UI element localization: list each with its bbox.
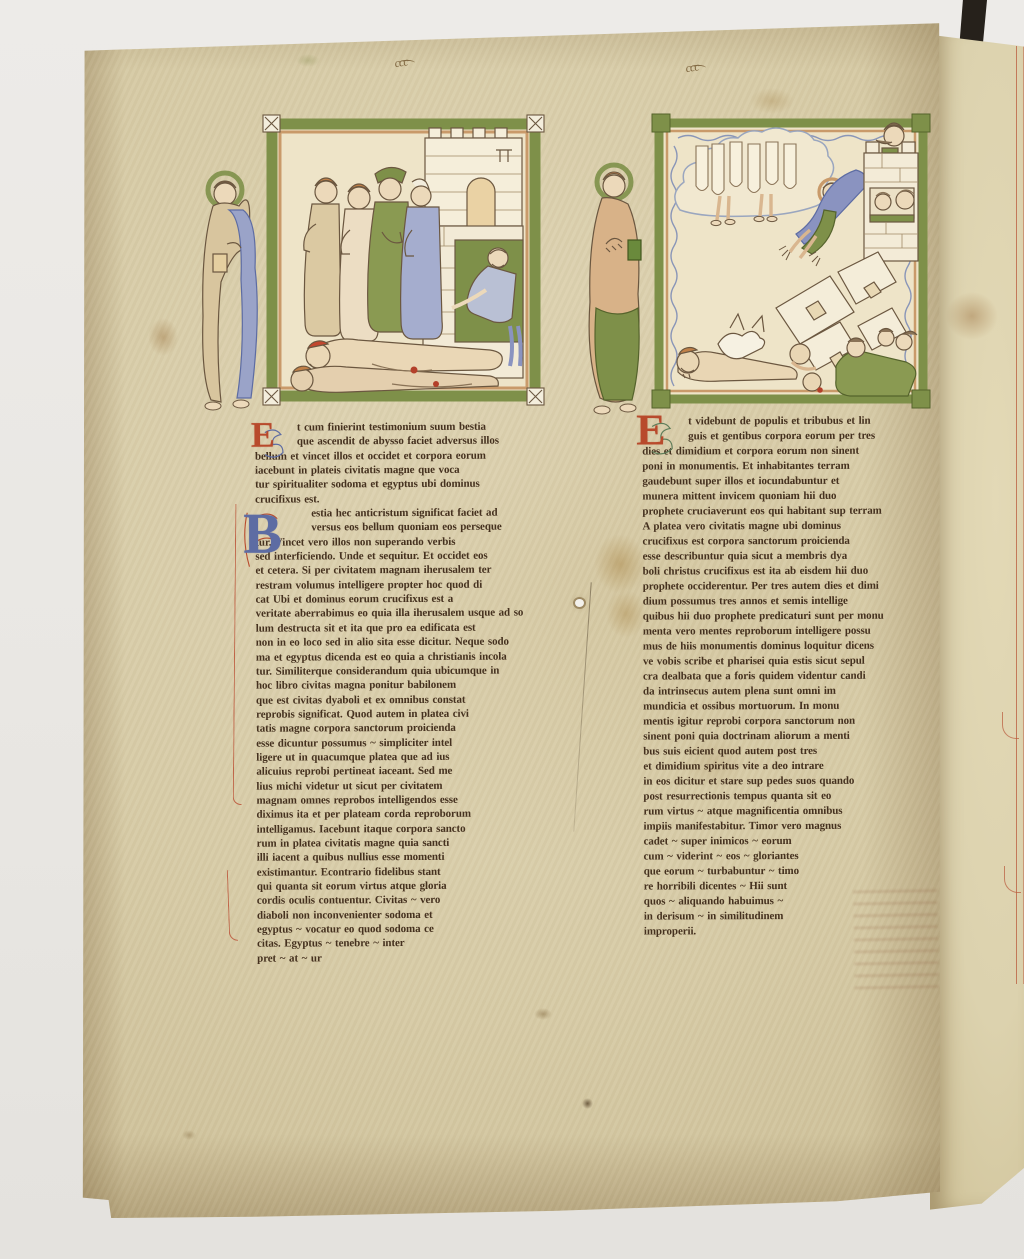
text-line: que ascendit de abysso faciet adversus i… bbox=[255, 434, 567, 450]
text-line: egyptus ~ vocatur eo quod sodoma ce bbox=[257, 921, 569, 937]
text-line: rum virtus ~ atque magnificentia omnibus bbox=[643, 803, 945, 819]
text-line: et dimidium spiritus vite a deo intrare bbox=[643, 758, 945, 774]
ruling-flourish bbox=[1004, 866, 1021, 893]
miniature-right-illustration bbox=[650, 112, 932, 410]
text-line: menta vero mentes reproborum intelligere… bbox=[643, 623, 945, 639]
text-line: ma et egyptus dicenda est eo quia a chri… bbox=[256, 649, 568, 665]
text-line: cordis oculis contuentur. Civitas ~ vero bbox=[257, 893, 569, 909]
stain bbox=[582, 1098, 593, 1109]
text-line: existimantur. Econtrario fidelibus stant bbox=[257, 864, 569, 880]
text-line: lum destructa sit et ita que pro ea edif… bbox=[256, 620, 568, 636]
paragraph: B estia hec anticristum significat facie… bbox=[255, 505, 569, 965]
text-line: citas. Egyptus ~ tenebre ~ inter bbox=[257, 936, 569, 952]
paragraph: E t cum finierint testimonium suum besti… bbox=[255, 419, 567, 506]
text-line: cat Ubi et dominus eorum crucifixus est … bbox=[256, 591, 568, 607]
text-line: mundicia et ossibus mortuorum. In monu bbox=[643, 698, 945, 714]
text-line: rum in platea civitatis magne quia sanct… bbox=[257, 835, 569, 851]
text-line: non in eo loco sed in alio sita esse dic… bbox=[256, 634, 568, 650]
text-line: bus suis eicient quod autem post tres bbox=[643, 743, 945, 759]
text-line: dium possumus tres annos et semis intell… bbox=[643, 593, 945, 609]
quire-mark-right: ccc bbox=[685, 59, 704, 82]
text-line: mentis igitur reprobi corpora sanctorum … bbox=[643, 713, 945, 729]
stain bbox=[750, 88, 794, 114]
text-line: reprobis significat. Quod autem in plate… bbox=[256, 706, 568, 722]
text-line: post resurrectionis tempus quanta sit eo bbox=[643, 788, 945, 804]
manuscript-page: ccc ccc bbox=[82, 22, 940, 1218]
text-line: prophete occiderentur. Per tres autem di… bbox=[643, 578, 945, 594]
text-line: in eos dicitur et stare sup pedes suos q… bbox=[643, 773, 945, 789]
text-line: t videbunt de populis et tribubus et lin bbox=[642, 413, 944, 429]
text-line: ve vobis scribe et pharisei quia estis s… bbox=[643, 653, 945, 669]
text-line: tur. Similiterque considerandum quia ubi… bbox=[256, 663, 568, 679]
manuscript-photo: ccc ccc bbox=[0, 0, 1024, 1259]
paragraph-lines: t videbunt de populis et tribubus et lin… bbox=[642, 413, 946, 939]
stain bbox=[534, 1008, 552, 1020]
text-line: diximus ita et per plateam corda reprobo… bbox=[257, 807, 569, 823]
ruling-flourish bbox=[1002, 712, 1019, 739]
text-line: diaboli non inconvenienter sodoma et bbox=[257, 907, 569, 923]
paragraph-lines: estia hec anticristum significat faciet … bbox=[255, 505, 569, 965]
text-line: lius michi videtur ut sicut per civitate… bbox=[256, 778, 568, 794]
text-line: munera mittent invicem quoniam hii duo bbox=[642, 488, 944, 504]
text-line: cra dealbata que a foris quidem videntur… bbox=[643, 668, 945, 684]
text-column-left: E t cum finierint testimonium suum besti… bbox=[255, 419, 569, 965]
text-line: crucifixus est corpora sanctorum proicie… bbox=[643, 533, 945, 549]
stain bbox=[606, 590, 646, 638]
text-line: guis et gentibus corpora eorum per tres bbox=[642, 428, 944, 444]
stain bbox=[946, 292, 998, 340]
text-line: qui quanta sit eorum virtus atque gloria bbox=[257, 878, 569, 894]
initial-B-blue: B bbox=[243, 505, 282, 563]
paragraph-lines: t cum finierint testimonium suum bestiaq… bbox=[255, 419, 567, 506]
text-line: mus de hiis monumentis dominus loquitur … bbox=[643, 638, 945, 654]
text-line: iacebunt in plateis civitatis magne que … bbox=[255, 462, 567, 478]
text-line: versus eos bellum quoniam eos perseque bbox=[255, 520, 567, 536]
text-line: restram volumus intelligere propter hoc … bbox=[256, 577, 568, 593]
stain bbox=[182, 1130, 196, 1140]
initial-E-red: E bbox=[636, 408, 665, 452]
text-line: cum ~ viderint ~ eos ~ gloriantes bbox=[644, 848, 946, 864]
text-line: dies et dimidium et corpora eorum non si… bbox=[642, 443, 944, 459]
saint-john-left-figure bbox=[183, 158, 268, 415]
stain bbox=[296, 54, 320, 67]
text-line: que eorum ~ turbabuntur ~ timo bbox=[644, 863, 946, 879]
text-line: et cetera. Si per civitatem magnam iheru… bbox=[255, 563, 567, 579]
text-line: bellum et vincet illos et occidet et cor… bbox=[255, 448, 567, 464]
text-line: tur spiritualiter sodoma et egyptus ubi … bbox=[255, 477, 567, 493]
text-line: pret ~ at ~ ur bbox=[257, 950, 569, 966]
miniature-left-illustration bbox=[262, 112, 545, 408]
text-line: boli christus crucifixus est ita ab eisd… bbox=[643, 563, 945, 579]
quire-mark-left: ccc bbox=[394, 54, 413, 77]
text-line: que est civitas dyaboli et ex omnibus co… bbox=[256, 692, 568, 708]
text-line: sed interficiendo. Unde et sequitur. Et … bbox=[255, 548, 567, 564]
text-line: alicuius reprobi pertineat iaceant. Sed … bbox=[256, 764, 568, 780]
red-margin-flourish bbox=[233, 504, 245, 805]
text-line: t cum finierint testimonium suum bestia bbox=[255, 419, 567, 435]
parchment-hole bbox=[575, 599, 584, 607]
stain bbox=[594, 534, 646, 594]
next-folio-edge bbox=[930, 24, 1024, 1212]
text-line: hoc libro civitas magna ponitur babilone… bbox=[256, 678, 568, 694]
text-line: quibus hii duo prophete predicaturi sunt… bbox=[643, 608, 945, 624]
text-line: esse dicuntur possumus ~ simpliciter int… bbox=[256, 735, 568, 751]
text-line: tatis magne corpora sanctorum proicienda bbox=[256, 721, 568, 737]
text-line: intelligamus. Iacebunt itaque corpora sa… bbox=[257, 821, 569, 837]
text-line: da intrinsecus autem plena sunt omni im bbox=[643, 683, 945, 699]
stain bbox=[148, 318, 178, 356]
bleed-through-text bbox=[853, 889, 939, 998]
text-line: prophete cruciaverunt eos qui habitant s… bbox=[642, 503, 944, 519]
red-ruling-lines bbox=[1016, 46, 1024, 984]
initial-E-red: E bbox=[251, 417, 275, 453]
text-line: ligere ut in quacumque platea que ad ius bbox=[256, 749, 568, 765]
pen-hairline bbox=[573, 582, 591, 831]
text-line: sinent poni quia doctrinam aliorum a men… bbox=[643, 728, 945, 744]
red-margin-flourish bbox=[227, 870, 238, 941]
text-line: tur. Vincet vero illos non superando ver… bbox=[255, 534, 567, 550]
text-line: magnam omnes reprobos intelligendos esse bbox=[256, 792, 568, 808]
text-line: estia hec anticristum significat faciet … bbox=[255, 505, 567, 521]
text-line: crucifixus est. bbox=[255, 491, 567, 507]
text-line: veritate aberrabimus eo quia illa iherus… bbox=[256, 606, 568, 622]
text-line: esse describuntur quia sicut a membris d… bbox=[643, 548, 945, 564]
text-column-right: E t videbunt de populis et tribubus et l… bbox=[642, 413, 946, 939]
paragraph: E t videbunt de populis et tribubus et l… bbox=[642, 413, 946, 939]
text-line: illi iacent a quibus nullius esse moment… bbox=[257, 850, 569, 866]
text-line: cadet ~ super inimicos ~ eorum bbox=[644, 833, 946, 849]
text-line: gaudebunt super illos et iocundabuntur e… bbox=[642, 473, 944, 489]
text-line: poni in monumentis. Et inhabitantes terr… bbox=[642, 458, 944, 474]
text-line: A platea vero civitatis magne ubi dominu… bbox=[642, 518, 944, 534]
text-line: impiis manifestabitur. Timor vero magnus bbox=[643, 818, 945, 834]
saint-john-right-figure bbox=[576, 148, 656, 422]
